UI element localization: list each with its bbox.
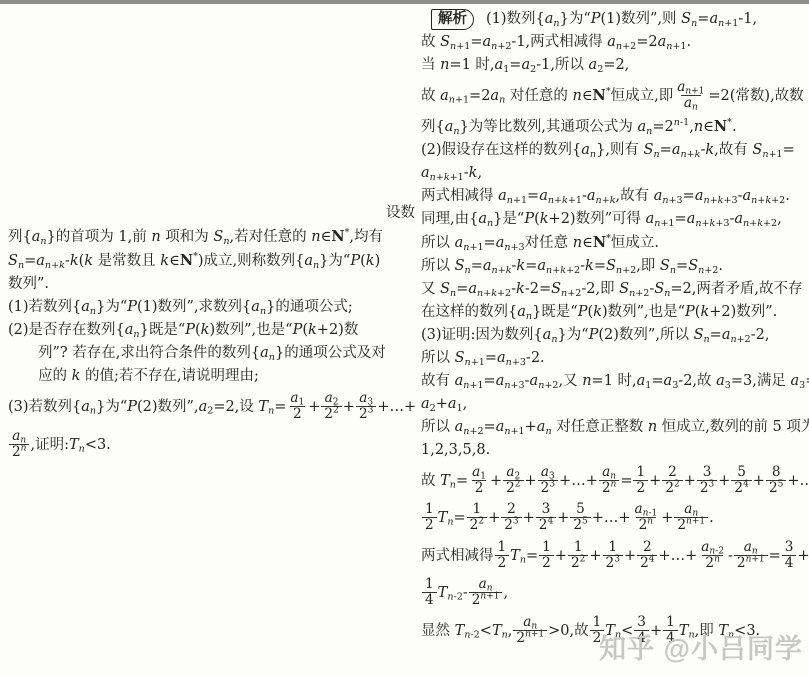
text-line: 所以 an+1=an+3对任意 n∈N*恒成立. [421, 231, 807, 255]
text-line: 列{an}的首项为 1,前 n 项和为 Sn,若对任意的 n∈N*,均有 [8, 225, 415, 249]
fraction: an2n+1 [674, 502, 708, 534]
text-line: a2+a1, [421, 393, 807, 416]
text-line: 在这样的数列{an}既是“P(k)数列”,也是“P(k+2)数列”. [421, 301, 807, 324]
text-line: 两式相减得 an+1=an+k+1-an+k,故有 an+3=an+k+3-an… [421, 185, 807, 208]
text-line: 故 Sn+1=an+2-1,两式相减得 an+2=2an+1. [421, 31, 807, 54]
fraction: a12 [469, 465, 489, 497]
fraction: 324 [536, 502, 556, 534]
fraction: a222 [503, 465, 523, 497]
fraction: a12 [287, 391, 307, 423]
text-line: 14Tn-2-an2n+1, [421, 574, 807, 612]
text-line: 列{an}为等比数列,其通项公式为 an=2n-1,n∈N*. [421, 115, 807, 139]
text-line: an+k+1-k, [421, 162, 807, 185]
fraction: an-22n [698, 540, 727, 572]
fraction: 12 [633, 465, 648, 497]
text-line: 又 Sn=an+k+2-k-2=Sn+2-2,即 Sn+2-Sn=2,两者矛盾,… [421, 278, 807, 301]
text-line: 12Tn=122+223+324+525+…+an-12n+an2n+1. [421, 499, 807, 537]
text-line: 所以 Sn+1=an+3-2. [421, 347, 807, 370]
text-line: 列”? 若存在,求出符合条件的数列{an}的通项公式及对 [8, 342, 415, 365]
fraction: 123 [603, 540, 623, 572]
fraction: an2n [599, 465, 619, 497]
text-line: an2n,证明:Tn<3. [8, 426, 415, 464]
fraction: 12 [422, 502, 437, 534]
fraction: 224 [637, 540, 657, 572]
text-line: 故有 an+1=an+3-an+2,又 n=1 时,a1=a3-2,故 a3=3… [421, 370, 807, 393]
fraction: an2n+1 [513, 615, 547, 647]
fraction: an2n+1 [469, 577, 503, 609]
text-line: 设数 [8, 202, 415, 225]
text-line: 两式相减得12Tn=12+122+123+224+…+an-22n-an2n+1… [421, 537, 807, 575]
fraction: 525 [570, 502, 590, 534]
fraction: an+1an [674, 80, 707, 112]
text-line: 数列”. [8, 273, 415, 296]
fraction: an-12n [632, 502, 661, 534]
fraction: 122 [568, 540, 588, 572]
text-line: 所以 Sn=an+k-k=an+k+2-k=Sn+2,即 Sn=Sn+2. [421, 255, 807, 278]
fraction: a323 [356, 391, 376, 423]
fraction: 122 [467, 502, 487, 534]
fraction: 223 [501, 502, 521, 534]
text-line: (2)是否存在数列{an}既是“P(k)数列”,也是“P(k+2)数 [8, 319, 415, 342]
fraction: 323 [697, 465, 717, 497]
text-line: (3)证明:因为数列{an}为“P(2)数列”,所以 Sn=an+2-2, [421, 324, 807, 347]
text-line: 故 Tn=a12+a222+a323+…+an2n=12+222+323+524… [421, 462, 807, 500]
text-line: (3)若数列{an}为“P(2)数列”,a2=2,设 Tn=a12+a222+a… [8, 388, 415, 426]
fraction: 825 [766, 465, 786, 497]
fraction: 222 [662, 465, 682, 497]
fraction: an2n [9, 429, 29, 461]
problem-column: 设数列{an}的首项为 1,前 n 项和为 Sn,若对任意的 n∈N*,均有Sn… [8, 202, 415, 463]
fraction: an2n+1 [734, 540, 768, 572]
fraction: 12 [495, 540, 510, 572]
text-line: 故 an+1=2an 对任意的 n∈N*恒成立,即an+1an=2(常数),故数 [421, 77, 807, 115]
text-line: 所以 an+2=an+1+an 对任意正整数 n 恒成立,数列的前 5 项为 [421, 416, 807, 439]
fraction: a222 [321, 391, 341, 423]
text-line: Sn=an+k-k(k 是常数且 k∈N*)成立,则称数列{an}为“P(k) [8, 249, 415, 273]
text-line: (1)若数列{an}为“P(1)数列”,求数列{an}的通项公式; [8, 296, 415, 319]
fraction: 34 [782, 540, 797, 572]
document-page: 设数列{an}的首项为 1,前 n 项和为 Sn,若对任意的 n∈N*,均有Sn… [0, 0, 809, 676]
text-line: (2)假设存在这样的数列{an},则有 Sn=an+k-k,故有 Sn+1= [421, 139, 807, 162]
fraction: 12 [539, 540, 554, 572]
solution-column: 解析(1)数列{an}为“P(1)数列”,则 Sn=an+1-1,故 Sn+1=… [421, 8, 807, 649]
text-line: 1,2,3,5,8. [421, 439, 807, 462]
text-line: 同理,由{an}是“P(k+2)数列”可得 an+1=an+k+3-an+k+2… [421, 208, 807, 231]
fraction: a323 [538, 465, 558, 497]
jiexi-label: 解析 [431, 9, 474, 30]
fraction: 14 [422, 577, 437, 609]
text-line: 解析(1)数列{an}为“P(1)数列”,则 Sn=an+1-1, [421, 8, 807, 31]
text-line: 应的 k 的值;若不存在,请说明理由; [8, 365, 415, 388]
fraction: 524 [731, 465, 751, 497]
watermark: 知乎 @小吕同学 [599, 627, 803, 666]
page-top-rule [0, 0, 809, 4]
text-line: 当 n=1 时,a1=a2-1,所以 a2=2, [421, 54, 807, 77]
